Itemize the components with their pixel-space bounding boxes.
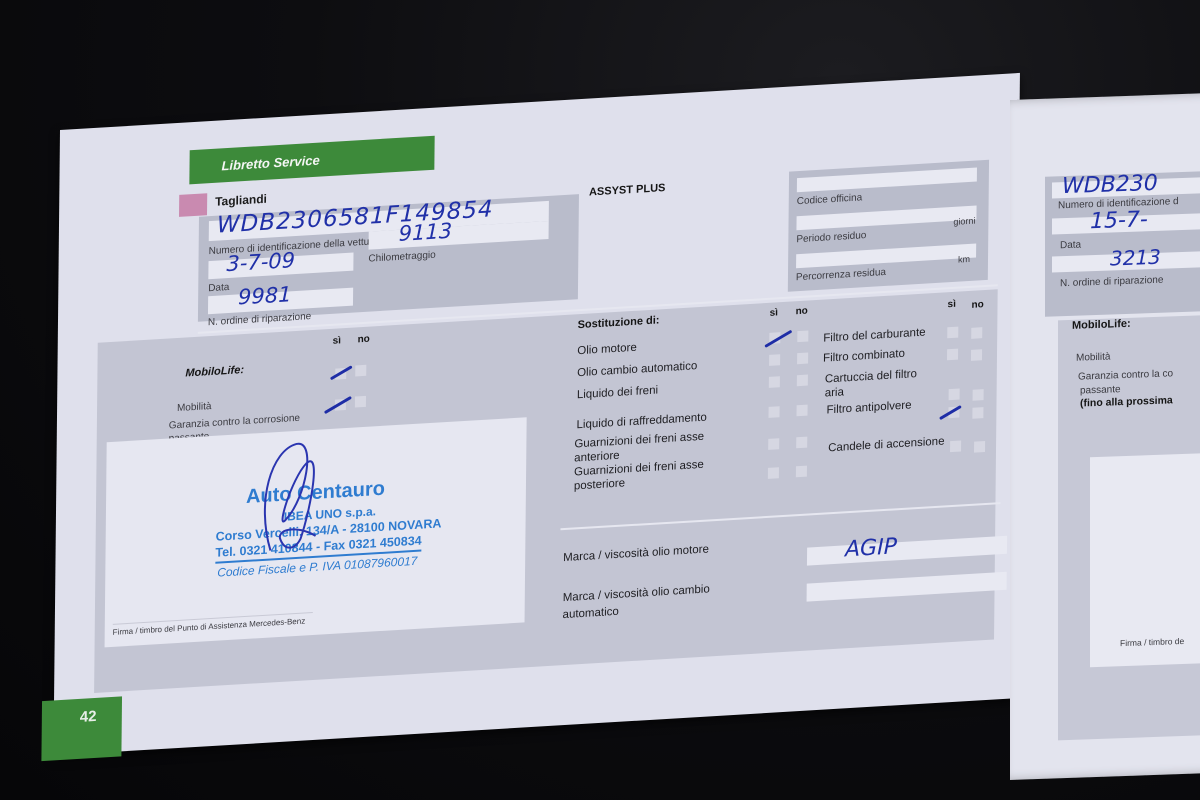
date-value: 3-7-09 — [226, 248, 295, 276]
remaining-period-unit: giorni — [953, 216, 975, 227]
guarnizioni-posteriore-yes-checkbox[interactable] — [768, 467, 779, 479]
replacement-yes-header: sì — [770, 307, 778, 319]
right-date-value: 15-7- — [1090, 207, 1148, 234]
service-booklet-left-page: Libretto Service Tagliandi WDB2306581F14… — [53, 73, 1019, 755]
order-value: 9981 — [238, 282, 292, 309]
service-booklet-right-page: WDB230 Numero di identificazione d 15-7-… — [1010, 92, 1200, 780]
right-date-label: Data — [1060, 240, 1081, 252]
corrosion-no-checkbox[interactable] — [355, 396, 366, 408]
filtro-carburante-no-checkbox[interactable] — [971, 327, 982, 339]
guarnizioni-posteriore-no-checkbox[interactable] — [796, 466, 807, 478]
candele-yes-checkbox[interactable] — [950, 440, 961, 452]
section-title: Tagliandi — [215, 192, 267, 209]
engine-oil-value: AGIP — [845, 534, 897, 562]
right-vin-value: WDB230 — [1062, 171, 1158, 199]
guarnizioni-anteriore-no-checkbox[interactable] — [796, 437, 807, 449]
filtro-combinato-no-checkbox[interactable] — [971, 349, 982, 361]
guarnizioni-anteriore-yes-checkbox[interactable] — [768, 438, 779, 450]
replacement-yes-header-2: sì — [948, 299, 956, 311]
right-order-value: 3213 — [1110, 245, 1161, 271]
mobility-label: Mobilità — [177, 401, 212, 414]
replacement-no-header-2: no — [971, 299, 983, 311]
filtro-combinato-yes-checkbox[interactable] — [947, 349, 958, 361]
filtro-aria-no-checkbox[interactable] — [973, 389, 984, 401]
mileage-value: 9113 — [399, 219, 453, 246]
candele-no-checkbox[interactable] — [974, 441, 985, 453]
booklet-header: Libretto Service — [189, 136, 434, 185]
olio-motore-no-checkbox[interactable] — [797, 331, 808, 343]
right-corrosion-label-2: passante — [1080, 384, 1121, 396]
replacement-no-header: no — [796, 306, 808, 318]
liquido-freni-yes-checkbox[interactable] — [769, 376, 780, 388]
right-mobility-label: Mobilità — [1076, 351, 1110, 363]
filtro-carburante-yes-checkbox[interactable] — [947, 327, 958, 339]
olio-cambio-no-checkbox[interactable] — [797, 353, 808, 365]
mobility-no-checkbox[interactable] — [355, 365, 366, 377]
assyst-title: ASSYST PLUS — [589, 182, 666, 199]
stamp-area: Auto Centauro IBEA UNO s.p.a. Corso Verc… — [105, 417, 527, 647]
liquido-raffreddamento-yes-checkbox[interactable] — [769, 406, 780, 418]
filtro-aria-yes-checkbox[interactable] — [949, 389, 960, 401]
signature-scribble — [250, 437, 321, 561]
page-number: 42 — [41, 696, 122, 761]
mobilolife-no-header: no — [358, 334, 370, 346]
filtro-antipolvere-no-checkbox[interactable] — [972, 407, 983, 419]
liquido-raffreddamento-no-checkbox[interactable] — [797, 405, 808, 417]
liquido-freni-no-checkbox[interactable] — [797, 375, 808, 387]
signature-label: Firma / timbro del Punto di Assistenza M… — [113, 612, 313, 637]
olio-cambio-yes-checkbox[interactable] — [769, 354, 780, 366]
section-color-marker — [179, 193, 207, 217]
mobilolife-yes-header: sì — [333, 335, 341, 347]
right-mobilolife-title: MobiloLife: — [1072, 318, 1131, 332]
date-label: Data — [208, 282, 229, 294]
remaining-distance-unit: km — [958, 254, 970, 265]
